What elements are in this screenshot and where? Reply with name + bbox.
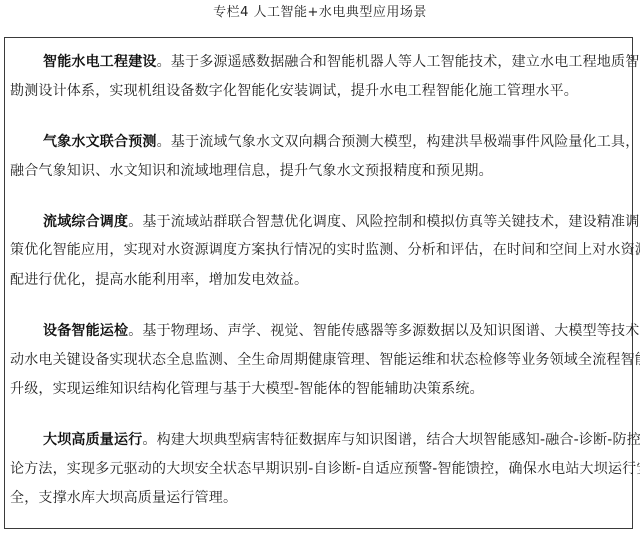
section-line: 勘测设计体系，实现机组设备数字化智能化安装调试，提升水电工程智能化施工管理水平。 — [10, 82, 578, 100]
section-line: 动水电关键设备实现状态全息监测、全生命周期健康管理、智能运维和状态检修等业务领域… — [10, 351, 640, 369]
section-text: 。基于流域气象水文双向耦合预测大模型，构建洪旱极端事件风险量化工具，充分 — [157, 134, 640, 150]
column-title: 专栏4 人工智能+水电典型应用场景 — [0, 4, 640, 22]
section-line: 全，支撑水库大坝高质量运行管理。 — [10, 489, 237, 507]
section-text: 。基于物理场、声学、视觉、智能传感器等多源数据以及知识图谱、大模型等技术，推 — [128, 323, 640, 339]
section-line: 论方法，实现多元驱动的大坝安全状态早期识别-自诊断-自适应预警-智能馈控，确保水… — [10, 460, 640, 478]
section-line: 气象水文联合预测。基于流域气象水文双向耦合预测大模型，构建洪旱极端事件风险量化工… — [43, 133, 640, 151]
section-line: 配进行优化，提高水能利用率，增加发电效益。 — [10, 271, 308, 289]
section-line: 流域综合调度。基于流域站群联合智慧优化调度、风险控制和模拟仿真等关键技术，建设精… — [43, 213, 640, 231]
section-heading: 大坝高质量运行 — [43, 432, 142, 448]
section-heading: 设备智能运检 — [43, 323, 128, 339]
section-heading: 流域综合调度 — [43, 214, 128, 230]
section-heading: 智能水电工程建设 — [43, 54, 157, 70]
section-text: 。构建大坝典型病害特征数据库与知识图谱，结合大坝智能感知-融合-诊断-防控理 — [142, 432, 640, 448]
section-line: 策优化智能应用，实现对水资源调度方案执行情况的实时监测、分析和评估，在时间和空间… — [10, 241, 640, 259]
section-line: 升级，实现运维知识结构化管理与基于大模型-智能体的智能辅助决策系统。 — [10, 380, 484, 398]
section-text: 。基于流域站群联合智慧优化调度、风险控制和模拟仿真等关键技术，建设精准调度决 — [128, 214, 640, 230]
section-line: 设备智能运检。基于物理场、声学、视觉、智能传感器等多源数据以及知识图谱、大模型等… — [43, 322, 640, 340]
section-line: 大坝高质量运行。构建大坝典型病害特征数据库与知识图谱，结合大坝智能感知-融合-诊… — [43, 431, 640, 449]
section-heading: 气象水文联合预测 — [43, 134, 157, 150]
section-line: 智能水电工程建设。基于多源遥感数据融合和智能机器人等人工智能技术，建立水电工程地… — [43, 53, 640, 71]
section-line: 融合气象知识、水文知识和流域地理信息，提升气象水文预报精度和预见期。 — [10, 162, 493, 180]
section-text: 。基于多源遥感数据融合和智能机器人等人工智能技术，建立水电工程地质智能化 — [157, 54, 640, 70]
